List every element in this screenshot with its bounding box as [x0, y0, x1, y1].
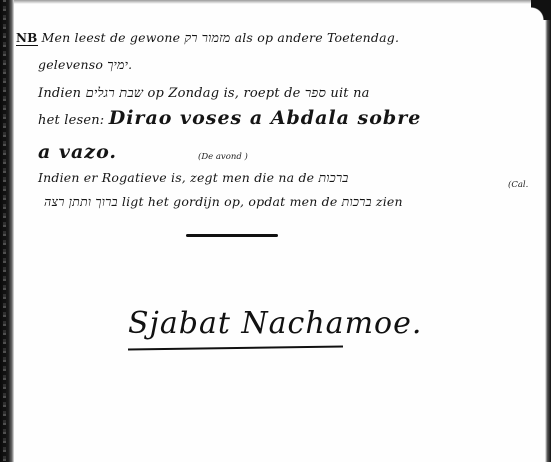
page-top-edge	[14, 0, 534, 4]
page-right-edge	[545, 0, 551, 462]
line-text: Indien ‏שבת‏ ‏רגלים‏ op Zondag is, roept…	[38, 86, 370, 101]
section-title-signature: Sjabat Nachamoe.	[128, 306, 422, 341]
line-text: gelevenso ‏ימיך.	[38, 57, 132, 72]
text-line-7: ‏ברוך‏ ‏ותתן‏ ‏רצה‏ ligt het gordijn op,…	[44, 194, 403, 210]
text-line-5: a vazo.	[38, 141, 117, 163]
text-line-2: gelevenso ‏ימיך.	[38, 57, 132, 73]
margin-annotation: (Cal.	[508, 180, 528, 190]
text-line-4: het lesen: Dirao voses a Abdala sobre	[38, 107, 421, 129]
nb-mark: NB	[16, 31, 38, 46]
signature-underline	[128, 345, 343, 350]
line-text: ‏ברוך‏ ‏ותתן‏ ‏רצה‏ ligt het gordijn op,…	[44, 194, 403, 209]
manuscript-page: NBMen leest de gewone ‏מזמור‏ רק als op …	[0, 0, 551, 462]
line-text: Men leest de gewone ‏מזמור‏ רק als op an…	[42, 30, 400, 45]
section-divider-rule	[186, 234, 278, 237]
decorative-text: a vazo.	[38, 141, 117, 163]
line-text: het lesen:	[38, 113, 104, 128]
book-binding-edge	[0, 0, 14, 462]
text-line-3: Indien ‏שבת‏ ‏רגלים‏ op Zondag is, roept…	[38, 85, 370, 101]
page-corner	[531, 0, 551, 20]
interlinear-annotation: (De avond ‏‏)	[198, 152, 248, 162]
line-text: Indien er Rogatieve is, zegt men die na …	[38, 170, 349, 185]
decorative-text: Dirao voses a Abdala sobre	[109, 107, 422, 129]
text-line-1: NBMen leest de gewone ‏מזמור‏ רק als op …	[16, 30, 399, 46]
text-line-6: Indien er Rogatieve is, zegt men die na …	[38, 170, 349, 186]
